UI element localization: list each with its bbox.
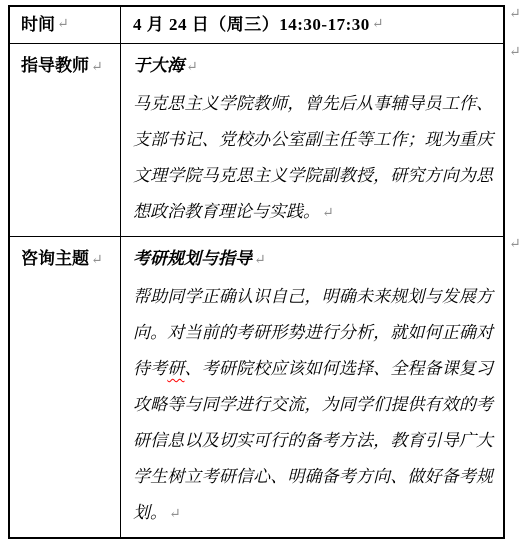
time-label-cell: 时间↵ [10,7,121,43]
teacher-bio-line: 马克思主义学院教师，曾先后从事辅导员工作、 [133,86,493,122]
consultation-schedule-table: 时间↵ 4 月 24 日（周三）14:30-17:30↵ 指导教师↵ 于大海↵ … [8,5,505,539]
topic-label-cell: 咨询主题↵ [10,237,121,537]
paragraph-mark-icon: ↵ [91,60,103,75]
time-value-cell: 4 月 24 日（周三）14:30-17:30↵ [121,7,503,43]
paragraph-mark-icon: ↵ [57,7,69,43]
teacher-bio-line: 文理学院马克思主义学院副教授，研究方向为思 [133,158,493,194]
teacher-label-cell: 指导教师↵ [10,44,121,236]
teacher-label: 指导教师 [21,56,89,75]
topic-desc-line: 攻略等与同学进行交流，为同学们提供有效的考 [133,387,493,423]
teacher-bio-line: 想政治教育理论与实践。↵ [133,194,493,232]
topic-heading: 考研规划与指导 [133,249,252,268]
spell-line-after: 、考研院校应该如何选择、全程备课复习 [184,359,493,378]
topic-desc-line-with-spellcheck: 待考研、考研院校应该如何选择、全程备课复习 [133,351,493,387]
topic-label: 咨询主题 [21,249,89,268]
row-end-mark-icon: ↵ [509,6,521,23]
row-end-mark-icon: ↵ [509,44,521,61]
time-label: 时间 [21,7,55,43]
paragraph-mark-icon: ↵ [169,507,181,522]
teacher-label-line: 指导教师↵ [21,48,116,86]
topic-desc-last-text: 划。 [133,503,167,522]
table-row-topic: 咨询主题↵ 考研规划与指导↵ 帮助同学正确认识自己，明确未来规划与发展方 向。对… [10,236,503,537]
topic-desc-line: 学生树立考研信心、明确备考方向、做好备考规 [133,459,493,495]
misspelling-underline: 研 [167,359,184,378]
teacher-bio-line: 支部书记、党校办公室副主任等工作；现为重庆 [133,122,493,158]
table-row-teacher: 指导教师↵ 于大海↵ 马克思主义学院教师，曾先后从事辅导员工作、 支部书记、党校… [10,43,503,236]
topic-value-cell: 考研规划与指导↵ 帮助同学正确认识自己，明确未来规划与发展方 向。对当前的考研形… [121,237,503,537]
topic-label-line: 咨询主题↵ [21,241,116,279]
teacher-value-cell: 于大海↵ 马克思主义学院教师，曾先后从事辅导员工作、 支部书记、党校办公室副主任… [121,44,503,236]
topic-desc-line: 帮助同学正确认识自己，明确未来规划与发展方 [133,279,493,315]
paragraph-mark-icon: ↵ [91,253,103,268]
paragraph-mark-icon: ↵ [186,60,198,75]
topic-desc-line: 向。对当前的考研形势进行分析，就如何正确对 [133,315,493,351]
table-row-time: 时间↵ 4 月 24 日（周三）14:30-17:30↵ [10,7,503,43]
topic-desc-last-line: 划。↵ [133,495,493,533]
paragraph-mark-icon: ↵ [372,7,384,43]
spell-line-before: 待考 [133,359,167,378]
row-end-mark-icon: ↵ [509,236,521,253]
topic-desc-line: 研信息以及切实可行的备考方法，教育引导广大 [133,423,493,459]
time-value: 4 月 24 日（周三）14:30-17:30 [133,7,370,43]
teacher-name: 于大海 [133,56,184,75]
paragraph-mark-icon: ↵ [322,206,334,221]
paragraph-mark-icon: ↵ [254,253,266,268]
teacher-bio-last-text: 想政治教育理论与实践。 [133,202,320,221]
teacher-name-line: 于大海↵ [133,48,493,86]
topic-heading-line: 考研规划与指导↵ [133,241,493,279]
